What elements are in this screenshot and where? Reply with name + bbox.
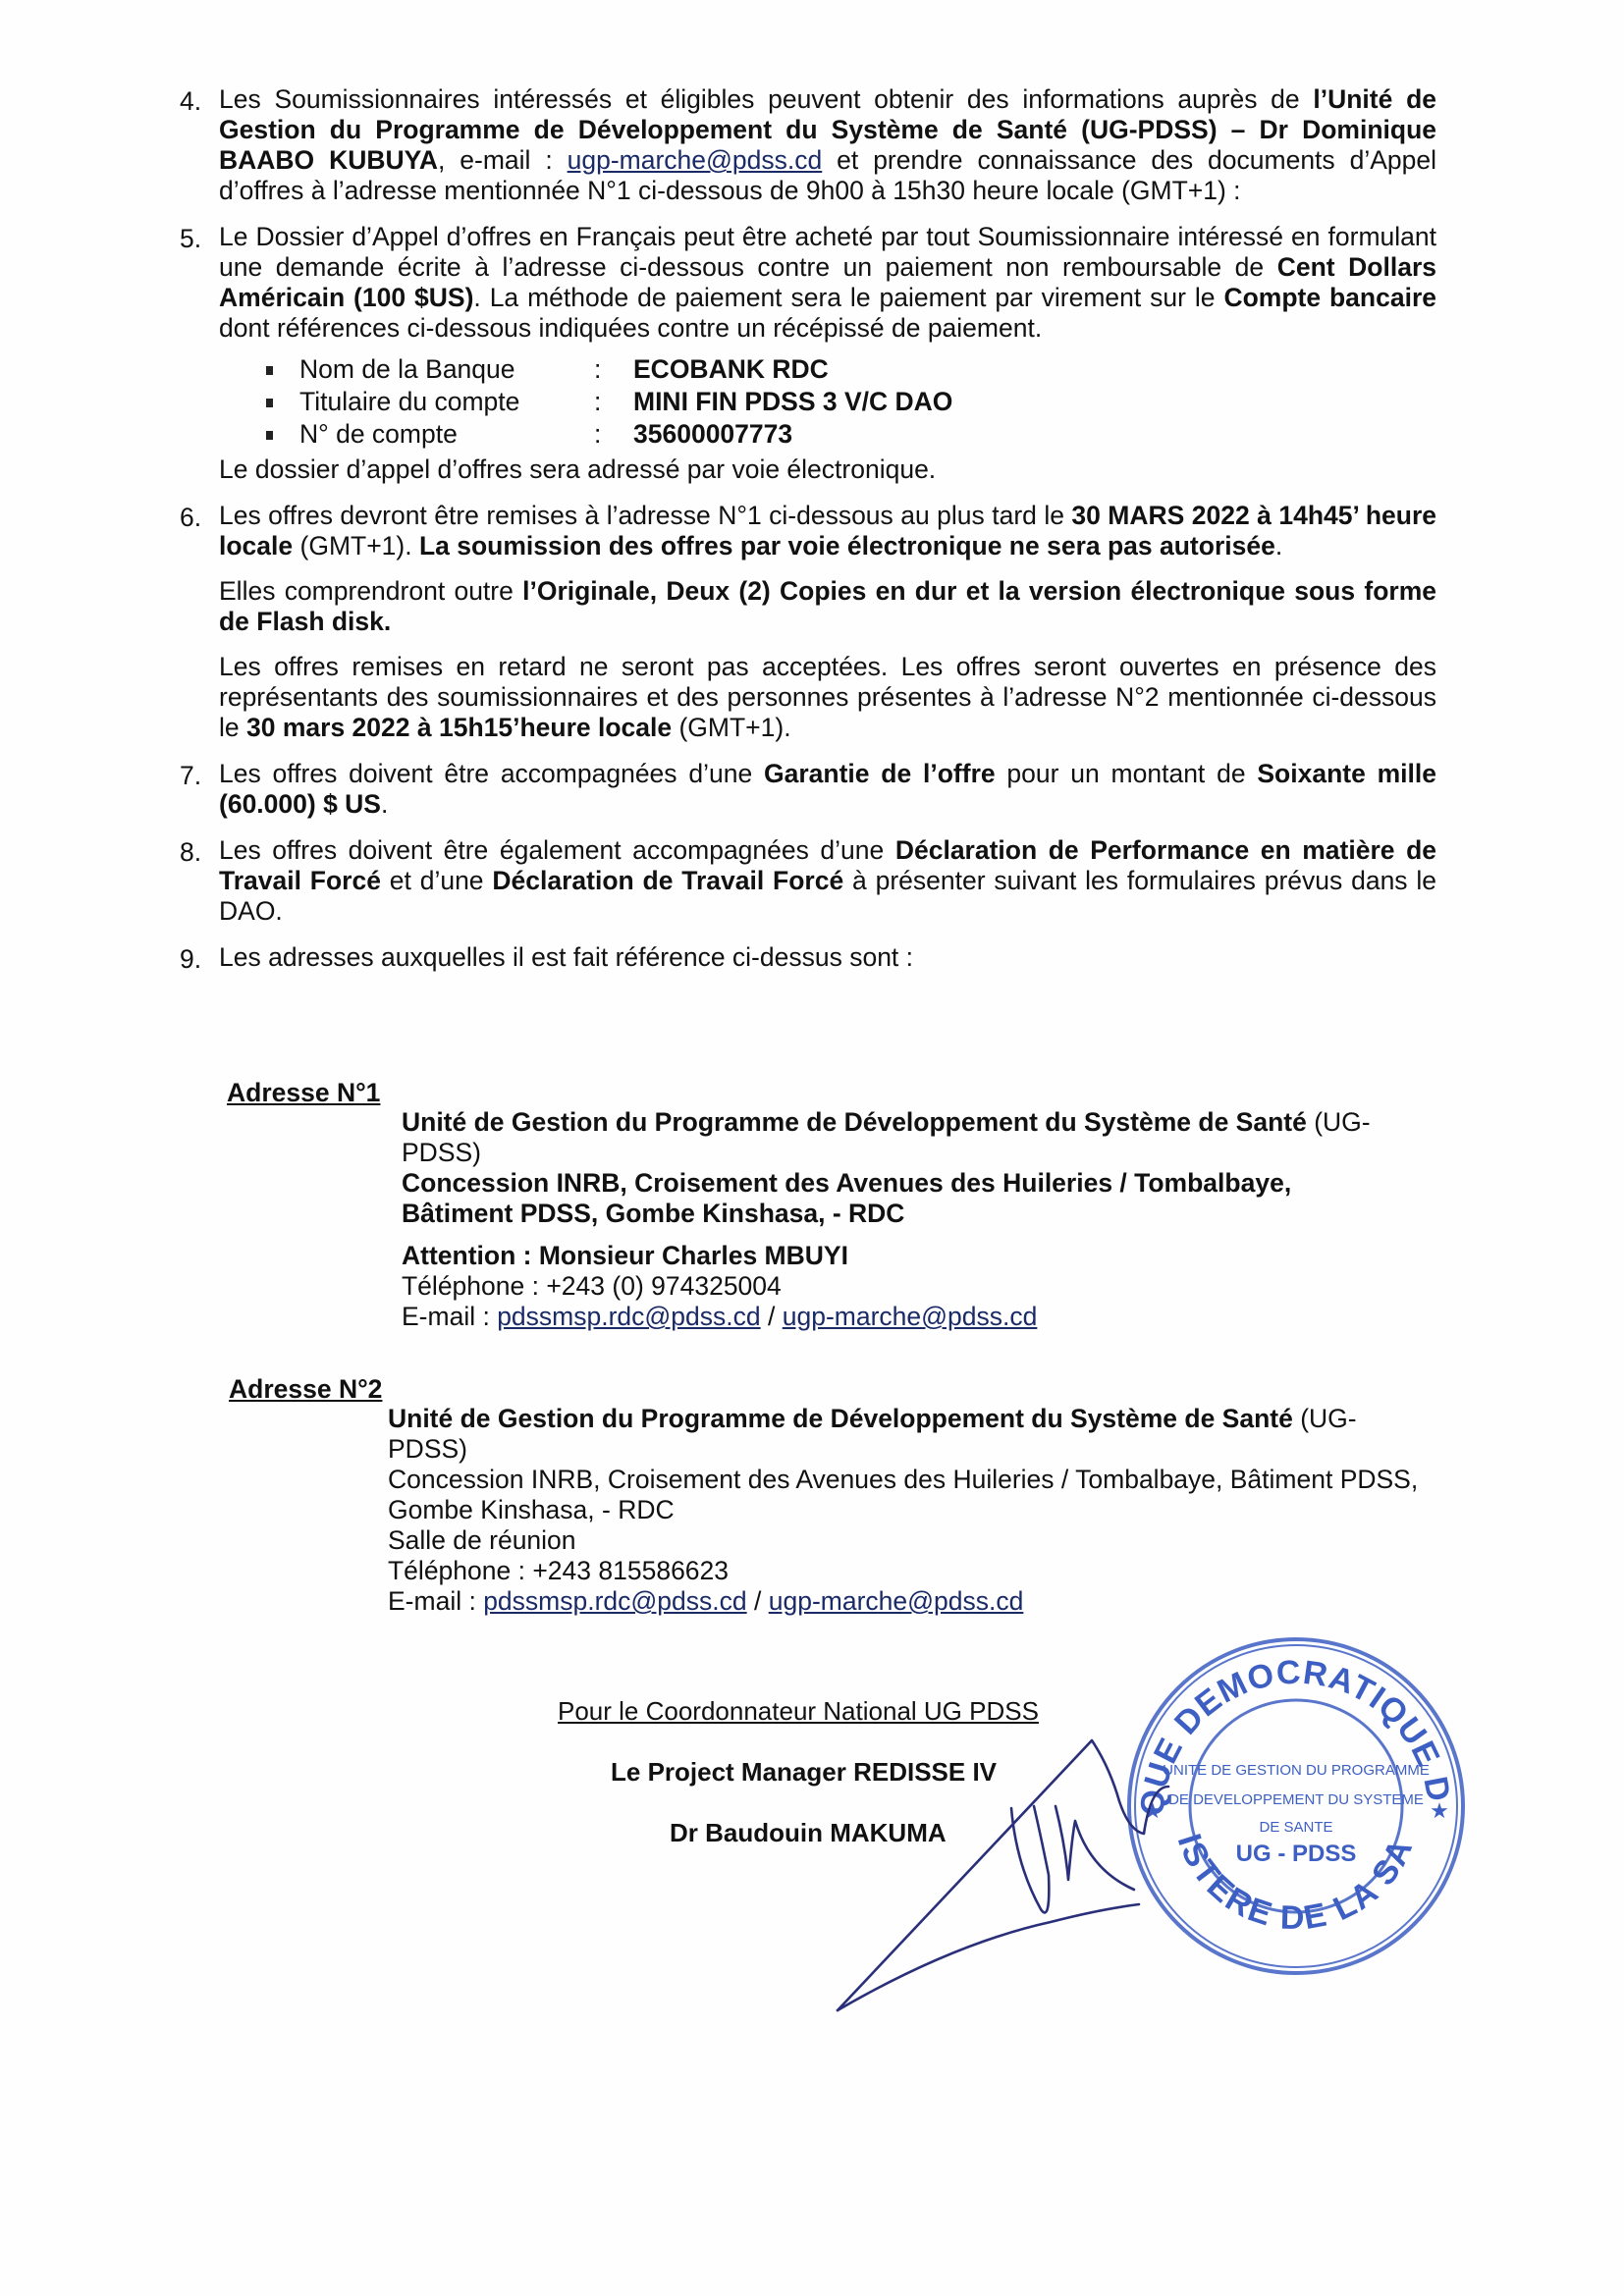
body-text: . (1275, 531, 1282, 561)
body-text: Les offres doivent être accompagnées d’u… (219, 759, 764, 788)
bank-details-list: Nom de la Banque:ECOBANK RDCTitulaire du… (219, 353, 1436, 451)
list-item-number: 8. (180, 837, 201, 868)
address-1-title: Adresse N°1 (227, 1078, 380, 1108)
handwritten-signature-icon (805, 1698, 1316, 2022)
address-1-attention: Attention : Monsieur Charles MBUYI (402, 1241, 1442, 1271)
list-item-paragraph: Elles comprendront outre l’Originale, De… (219, 576, 1436, 637)
bank-detail-label: Nom de la Banque (299, 353, 594, 386)
bold-text: 30 mars 2022 à 15h15’heure locale (246, 713, 672, 742)
body-text: (GMT+1). (672, 713, 790, 742)
address-1-block: Unité de Gestion du Programme de Dévelop… (402, 1107, 1442, 1332)
address-2-phone: Téléphone : +243 815586623 (388, 1556, 1429, 1586)
address-2-email-1[interactable]: pdssmsp.rdc@pdss.cd (483, 1586, 746, 1616)
body-text: Les adresses auxquelles il est fait réfé… (219, 942, 913, 972)
address-2-room: Salle de réunion (388, 1525, 1429, 1556)
body-text: . (381, 789, 388, 819)
address-1-location: Concession INRB, Croisement des Avenues … (402, 1168, 1383, 1229)
bank-detail-separator: : (594, 418, 633, 451)
numbered-list: 4.Les Soumissionnaires intéressés et éli… (180, 84, 1436, 988)
list-item: 7.Les offres doivent être accompagnées d… (180, 759, 1436, 820)
bank-detail-label: Titulaire du compte (299, 386, 594, 418)
list-item-paragraph: Les offres remises en retard ne seront p… (219, 652, 1436, 743)
address-1-org: Unité de Gestion du Programme de Dévelop… (402, 1107, 1307, 1137)
svg-text:★: ★ (1430, 1798, 1449, 1823)
body-text: et d’une (381, 866, 492, 895)
bank-note: Le dossier d’appel d’offres sera adressé… (219, 454, 1436, 485)
bold-text: Compte bancaire (1223, 283, 1436, 312)
address-2-location: Concession INRB, Croisement des Avenues … (388, 1465, 1429, 1525)
address-1-email-2[interactable]: ugp-marche@pdss.cd (783, 1302, 1038, 1331)
list-item-text: Les offres doivent être accompagnées d’u… (219, 759, 1436, 820)
body-text: Le Dossier d’Appel d’offres en Français … (219, 222, 1436, 282)
body-text: Les Soumissionnaires intéressés et éligi… (219, 84, 1313, 114)
body-text: (GMT+1). (293, 531, 419, 561)
list-item-number: 6. (180, 503, 201, 533)
address-1-phone: Téléphone : +243 (0) 974325004 (402, 1271, 1442, 1302)
body-text: pour un montant de (996, 759, 1258, 788)
address-2-email-line: E-mail : pdssmsp.rdc@pdss.cd / ugp-march… (388, 1586, 1429, 1617)
address-2-title: Adresse N°2 (229, 1374, 382, 1405)
list-item-paragraph: Les offres devront être remises à l’adre… (219, 501, 1436, 561)
bold-text: La soumission des offres par voie électr… (419, 531, 1275, 561)
list-item: 5.Le Dossier d’Appel d’offres en Françai… (180, 222, 1436, 485)
list-item-text: Les Soumissionnaires intéressés et éligi… (219, 84, 1436, 206)
address-2-org: Unité de Gestion du Programme de Dévelop… (388, 1404, 1293, 1433)
list-item-text: Les offres doivent être également accomp… (219, 835, 1436, 927)
address-1-email-1[interactable]: pdssmsp.rdc@pdss.cd (497, 1302, 760, 1331)
bank-detail-value: 35600007773 (633, 419, 792, 449)
list-item: 6.Les offres devront être remises à l’ad… (180, 501, 1436, 743)
bank-detail-row: Nom de la Banque:ECOBANK RDC (260, 353, 1436, 386)
bank-detail-separator: : (594, 386, 633, 418)
body-text: dont références ci-dessous indiquées con… (219, 313, 1042, 343)
bold-text: Déclaration de Travail Forcé (492, 866, 843, 895)
list-item-number: 9. (180, 944, 201, 975)
bank-detail-value: ECOBANK RDC (633, 354, 829, 384)
list-item-text: Le Dossier d’Appel d’offres en Français … (219, 222, 1436, 344)
list-item: 4.Les Soumissionnaires intéressés et éli… (180, 84, 1436, 206)
list-item: 8.Les offres doivent être également acco… (180, 835, 1436, 927)
list-item-number: 5. (180, 224, 201, 254)
address-1-email-line: E-mail : pdssmsp.rdc@pdss.cd / ugp-march… (402, 1302, 1442, 1332)
address-2-email-2[interactable]: ugp-marche@pdss.cd (769, 1586, 1024, 1616)
body-text: Les offres doivent être également accomp… (219, 835, 895, 865)
bank-detail-row: Titulaire du compte:MINI FIN PDSS 3 V/C … (260, 386, 1436, 418)
bank-detail-value: MINI FIN PDSS 3 V/C DAO (633, 387, 952, 416)
body-text: Elles comprendront outre (219, 576, 522, 606)
body-text: . La méthode de paiement sera le paiemen… (473, 283, 1223, 312)
document-page: 4.Les Soumissionnaires intéressés et éli… (0, 0, 1624, 2296)
email-link[interactable]: ugp-marche@pdss.cd (568, 145, 823, 175)
list-item: 9.Les adresses auxquelles il est fait ré… (180, 942, 1436, 973)
bank-detail-separator: : (594, 353, 633, 386)
list-item-number: 4. (180, 86, 201, 117)
body-text: , e-mail : (438, 145, 568, 175)
bank-detail-row: N° de compte:35600007773 (260, 418, 1436, 451)
bold-text: Garantie de l’offre (764, 759, 996, 788)
address-2-block: Unité de Gestion du Programme de Dévelop… (388, 1404, 1429, 1617)
bank-detail-label: N° de compte (299, 418, 594, 451)
list-item-text: Les adresses auxquelles il est fait réfé… (219, 942, 1436, 973)
list-item-number: 7. (180, 761, 201, 791)
body-text: Les offres devront être remises à l’adre… (219, 501, 1071, 530)
